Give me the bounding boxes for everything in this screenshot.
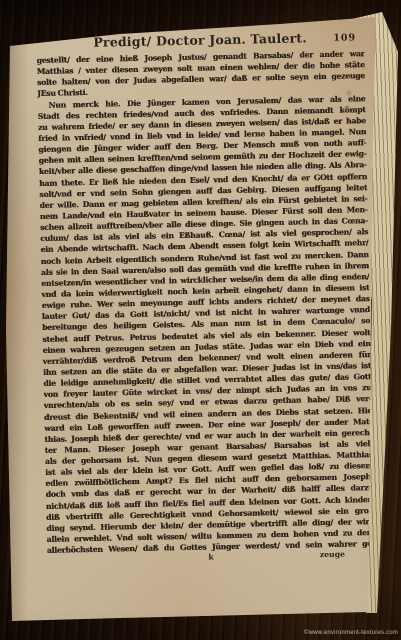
book-page: Predigt/ Doctor Joan. Taulert. 109 geste… bbox=[0, 0, 401, 640]
catchword: zeuge bbox=[320, 550, 345, 560]
watermark: ©www.environment-textures.com bbox=[304, 630, 398, 636]
page-content: Predigt/ Doctor Joan. Taulert. 109 geste… bbox=[36, 29, 375, 568]
text-block: gestellt/ der eine hieß Joseph Justus/ g… bbox=[36, 48, 374, 556]
page-number: 109 bbox=[333, 32, 356, 43]
book-photo: Predigt/ Doctor Joan. Taulert. 109 geste… bbox=[0, 0, 401, 640]
